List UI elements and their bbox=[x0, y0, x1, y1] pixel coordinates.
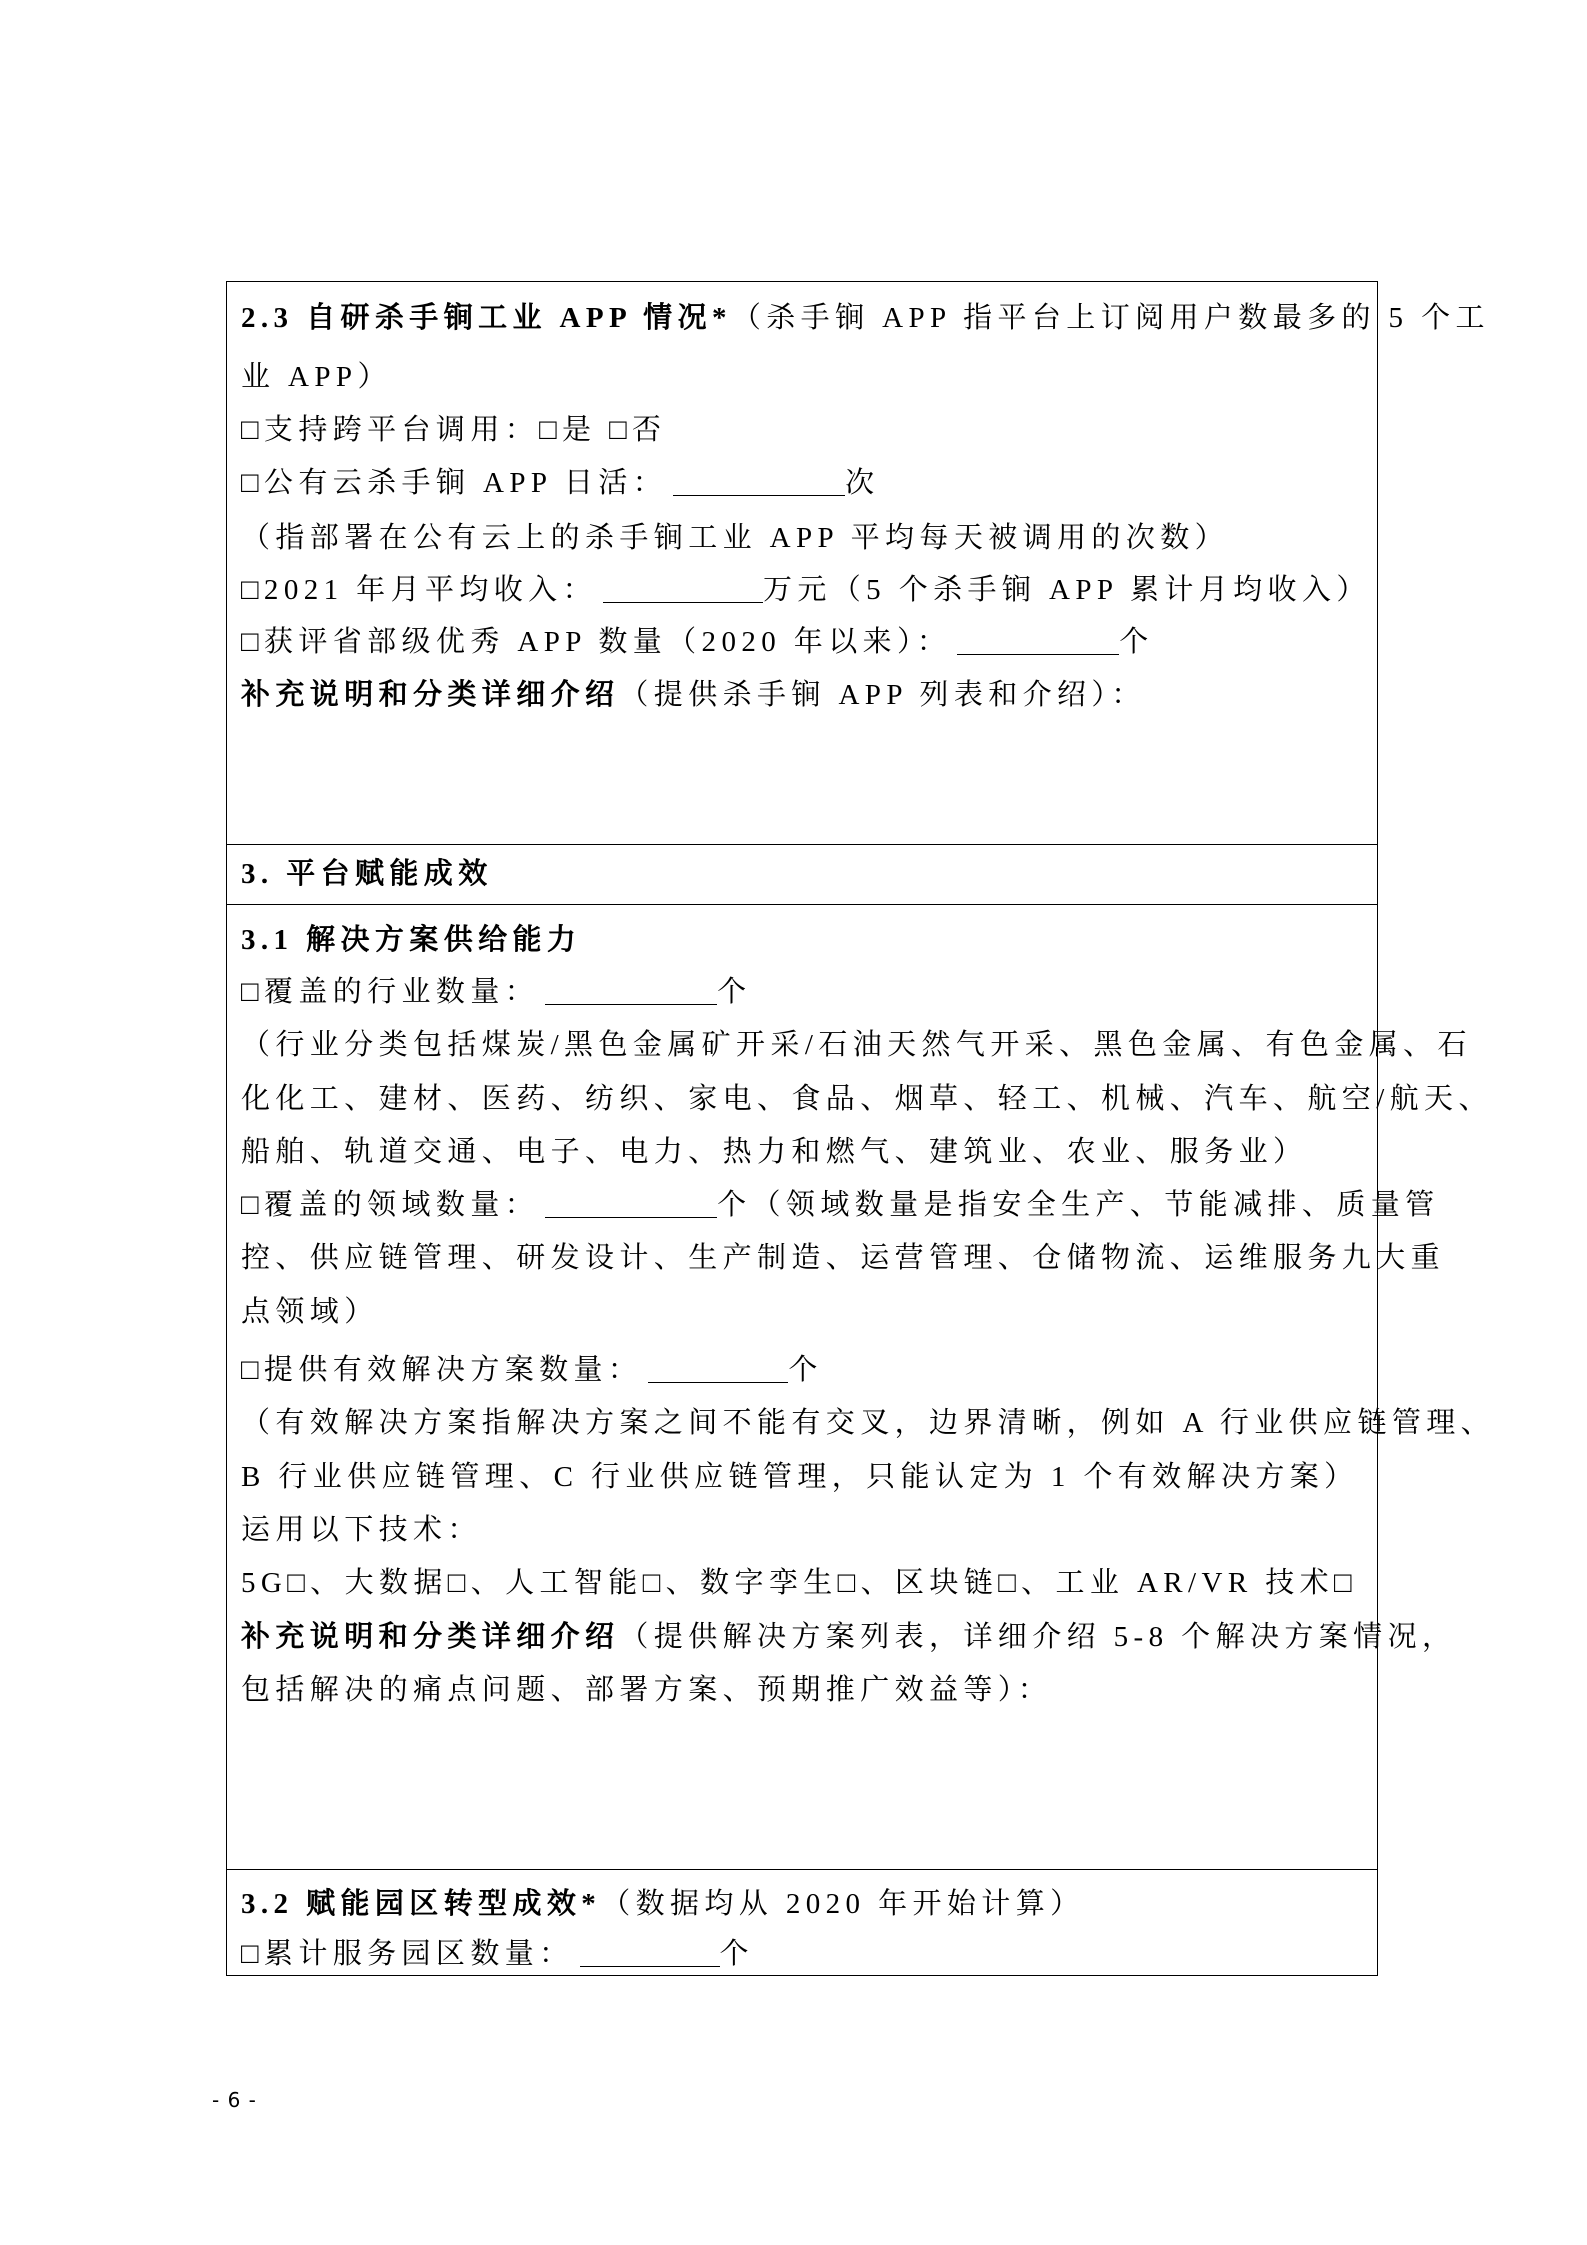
industries-note-text: （行业分类包括煤炭/黑色金属矿开采/石油天然气开采、黑色金属、有色金属、石 bbox=[241, 1029, 1472, 1061]
domains-input[interactable] bbox=[545, 1187, 717, 1218]
awards-input[interactable] bbox=[957, 624, 1119, 655]
section-2-3-heading: 2.3 自研杀手锏工业 APP 情况* bbox=[241, 302, 732, 334]
daily-active-checkbox[interactable]: □ bbox=[241, 463, 264, 503]
tech-arvr-checkbox[interactable]: □ bbox=[1334, 1563, 1357, 1603]
tech-ai-checkbox[interactable]: □ bbox=[643, 1563, 666, 1603]
section-3-heading: 3. 平台赋能成效 bbox=[241, 858, 493, 890]
no-label: 否 bbox=[632, 414, 666, 446]
domains-note-text: 点领域） bbox=[241, 1296, 379, 1328]
industries-input[interactable] bbox=[545, 974, 717, 1005]
row-divider-3-1-end bbox=[226, 1869, 1378, 1870]
separator: 、 bbox=[666, 1567, 700, 1599]
domains-row: □覆盖的领域数量：个（领域数量是指安全生产、节能减排、质量管 bbox=[241, 1185, 1440, 1225]
section-3-title: 3. 平台赋能成效 bbox=[241, 854, 493, 894]
domains-checkbox[interactable]: □ bbox=[241, 1185, 264, 1225]
domains-note-line-2: 点领域） bbox=[241, 1292, 379, 1332]
domains-note-text: 控、供应链管理、研发设计、生产制造、运营管理、仓储物流、运维服务九大重 bbox=[241, 1242, 1445, 1274]
separator: 、 bbox=[310, 1567, 344, 1599]
section-2-3-supplement-input[interactable] bbox=[241, 720, 1361, 838]
section-3-1-supplement-cont: 包括解决的痛点问题、部署方案、预期推广效益等）： bbox=[241, 1670, 1052, 1710]
section-2-3-title: 2.3 自研杀手锏工业 APP 情况*（杀手锏 APP 指平台上订阅用户数最多的… bbox=[241, 298, 1490, 338]
monthly-income-unit: 万元（5 个杀手锏 APP 累计月均收入） bbox=[763, 574, 1371, 606]
awards-row: □获评省部级优秀 APP 数量（2020 年以来）：个 bbox=[241, 622, 1154, 662]
no-checkbox[interactable]: □ bbox=[609, 410, 632, 450]
document-page: 2.3 自研杀手锏工业 APP 情况*（杀手锏 APP 指平台上订阅用户数最多的… bbox=[0, 0, 1587, 2245]
parks-row: □累计服务园区数量：个 bbox=[241, 1934, 754, 1974]
section-2-3-supplement: 补充说明和分类详细介绍（提供杀手锏 APP 列表和介绍）： bbox=[241, 675, 1146, 715]
industries-row: □覆盖的行业数量：个 bbox=[241, 972, 752, 1012]
page-number: - 6 - bbox=[212, 2086, 257, 2114]
daily-active-row: □公有云杀手锏 APP 日活：次 bbox=[241, 463, 880, 503]
domains-label: 覆盖的领域数量： bbox=[264, 1189, 539, 1221]
industries-checkbox[interactable]: □ bbox=[241, 972, 264, 1012]
domains-note-line-1: 控、供应链管理、研发设计、生产制造、运营管理、仓储物流、运维服务九大重 bbox=[241, 1238, 1445, 1278]
tech-arvr-label: 工业 AR/VR 技术 bbox=[1056, 1567, 1335, 1599]
industries-note-line-2: 化化工、建材、医药、纺织、家电、食品、烟草、轻工、机械、汽车、航空/航天、 bbox=[241, 1079, 1493, 1119]
solutions-note-line-1: （有效解决方案指解决方案之间不能有交叉，边界清晰，例如 A 行业供应链管理、 bbox=[241, 1403, 1495, 1443]
awards-label: 获评省部级优秀 APP 数量（2020 年以来）： bbox=[264, 626, 951, 658]
daily-active-note-text: （指部署在公有云上的杀手锏工业 APP 平均每天被调用的次数） bbox=[241, 522, 1229, 554]
awards-unit: 个 bbox=[1119, 626, 1153, 658]
parks-label: 累计服务园区数量： bbox=[264, 1938, 574, 1970]
technologies-row: 5G□、大数据□、人工智能□、数字孪生□、区块链□、工业 AR/VR 技术□ bbox=[241, 1563, 1357, 1603]
solutions-label: 提供有效解决方案数量： bbox=[264, 1354, 642, 1386]
section-2-3-title-cont: 业 APP） bbox=[241, 357, 392, 397]
domains-unit: 个 bbox=[717, 1189, 751, 1221]
section-3-1-title: 3.1 解决方案供给能力 bbox=[241, 920, 581, 960]
tech-label: 运用以下技术： bbox=[241, 1514, 482, 1546]
domains-note-inline: （领域数量是指安全生产、节能减排、质量管 bbox=[752, 1189, 1440, 1221]
section-3-1-supplement-input[interactable] bbox=[241, 1715, 1361, 1863]
solutions-input[interactable] bbox=[648, 1352, 788, 1383]
cross-platform-label: 支持跨平台调用： bbox=[264, 414, 539, 446]
separator: 、 bbox=[1021, 1567, 1055, 1599]
supplement-note: （提供解决方案列表，详细介绍 5-8 个解决方案情况， bbox=[619, 1621, 1456, 1653]
tech-ai-label: 人工智能 bbox=[505, 1567, 643, 1599]
tech-digital-twin-label: 数字孪生 bbox=[700, 1567, 838, 1599]
solutions-row: □提供有效解决方案数量：个 bbox=[241, 1350, 823, 1390]
tech-bigdata-checkbox[interactable]: □ bbox=[448, 1563, 471, 1603]
monthly-income-checkbox[interactable]: □ bbox=[241, 570, 264, 610]
daily-active-unit: 次 bbox=[845, 467, 879, 499]
tech-blockchain-label: 区块链 bbox=[895, 1567, 998, 1599]
industries-note-text: 船舶、轨道交通、电子、电力、热力和燃气、建筑业、农业、服务业） bbox=[241, 1136, 1307, 1168]
solutions-checkbox[interactable]: □ bbox=[241, 1350, 264, 1390]
awards-checkbox[interactable]: □ bbox=[241, 622, 264, 662]
section-3-2-heading: 3.2 赋能园区转型成效* bbox=[241, 1888, 601, 1920]
tech-label-row: 运用以下技术： bbox=[241, 1510, 482, 1550]
industries-note-line-3: 船舶、轨道交通、电子、电力、热力和燃气、建筑业、农业、服务业） bbox=[241, 1132, 1307, 1172]
industries-note-line-1: （行业分类包括煤炭/黑色金属矿开采/石油天然气开采、黑色金属、有色金属、石 bbox=[241, 1025, 1472, 1065]
separator: 、 bbox=[861, 1567, 895, 1599]
supplement-heading: 补充说明和分类详细介绍 bbox=[241, 1621, 619, 1653]
supplement-heading: 补充说明和分类详细介绍 bbox=[241, 679, 619, 711]
monthly-income-input[interactable] bbox=[603, 572, 763, 603]
supplement-note-cont: 包括解决的痛点问题、部署方案、预期推广效益等）： bbox=[241, 1674, 1052, 1706]
industries-unit: 个 bbox=[717, 976, 751, 1008]
section-3-2-heading-note: （数据均从 2020 年开始计算） bbox=[601, 1888, 1084, 1920]
solutions-note-line-2: B 行业供应链管理、C 行业供应链管理，只能认定为 1 个有效解决方案） bbox=[241, 1457, 1359, 1497]
daily-active-note: （指部署在公有云上的杀手锏工业 APP 平均每天被调用的次数） bbox=[241, 518, 1229, 558]
row-divider-3-header-end bbox=[226, 904, 1378, 905]
parks-checkbox[interactable]: □ bbox=[241, 1934, 264, 1974]
row-divider-2-3-end bbox=[226, 844, 1378, 845]
tech-digital-twin-checkbox[interactable]: □ bbox=[838, 1563, 861, 1603]
tech-bigdata-label: 大数据 bbox=[345, 1567, 448, 1599]
yes-checkbox[interactable]: □ bbox=[539, 410, 562, 450]
solutions-note-text: B 行业供应链管理、C 行业供应链管理，只能认定为 1 个有效解决方案） bbox=[241, 1461, 1359, 1493]
section-3-2-title: 3.2 赋能园区转型成效*（数据均从 2020 年开始计算） bbox=[241, 1884, 1085, 1924]
daily-active-label: 公有云杀手锏 APP 日活： bbox=[264, 467, 667, 499]
tech-5g-checkbox[interactable]: □ bbox=[287, 1563, 310, 1603]
monthly-income-row: □2021 年月平均收入：万元（5 个杀手锏 APP 累计月均收入） bbox=[241, 570, 1371, 610]
parks-input[interactable] bbox=[580, 1936, 720, 1967]
tech-5g-label: 5G bbox=[241, 1567, 287, 1599]
daily-active-input[interactable] bbox=[673, 465, 845, 496]
yes-label: 是 bbox=[562, 414, 596, 446]
cross-platform-checkbox[interactable]: □ bbox=[241, 410, 264, 450]
section-2-3-heading-note-cont: 业 APP） bbox=[241, 361, 392, 393]
section-2-3-heading-note: （杀手锏 APP 指平台上订阅用户数最多的 5 个工 bbox=[732, 302, 1490, 334]
parks-unit: 个 bbox=[720, 1938, 754, 1970]
solutions-unit: 个 bbox=[788, 1354, 822, 1386]
cross-platform-row: □支持跨平台调用：□是 □否 bbox=[241, 410, 666, 450]
industries-label: 覆盖的行业数量： bbox=[264, 976, 539, 1008]
tech-blockchain-checkbox[interactable]: □ bbox=[998, 1563, 1021, 1603]
solutions-note-text: （有效解决方案指解决方案之间不能有交叉，边界清晰，例如 A 行业供应链管理、 bbox=[241, 1407, 1495, 1439]
section-3-1-supplement: 补充说明和分类详细介绍（提供解决方案列表，详细介绍 5-8 个解决方案情况， bbox=[241, 1617, 1456, 1657]
section-3-1-heading: 3.1 解决方案供给能力 bbox=[241, 924, 581, 956]
monthly-income-label: 2021 年月平均收入： bbox=[264, 574, 597, 606]
separator: 、 bbox=[471, 1567, 505, 1599]
supplement-note: （提供杀手锏 APP 列表和介绍）： bbox=[619, 679, 1145, 711]
industries-note-text: 化化工、建材、医药、纺织、家电、食品、烟草、轻工、机械、汽车、航空/航天、 bbox=[241, 1083, 1493, 1115]
